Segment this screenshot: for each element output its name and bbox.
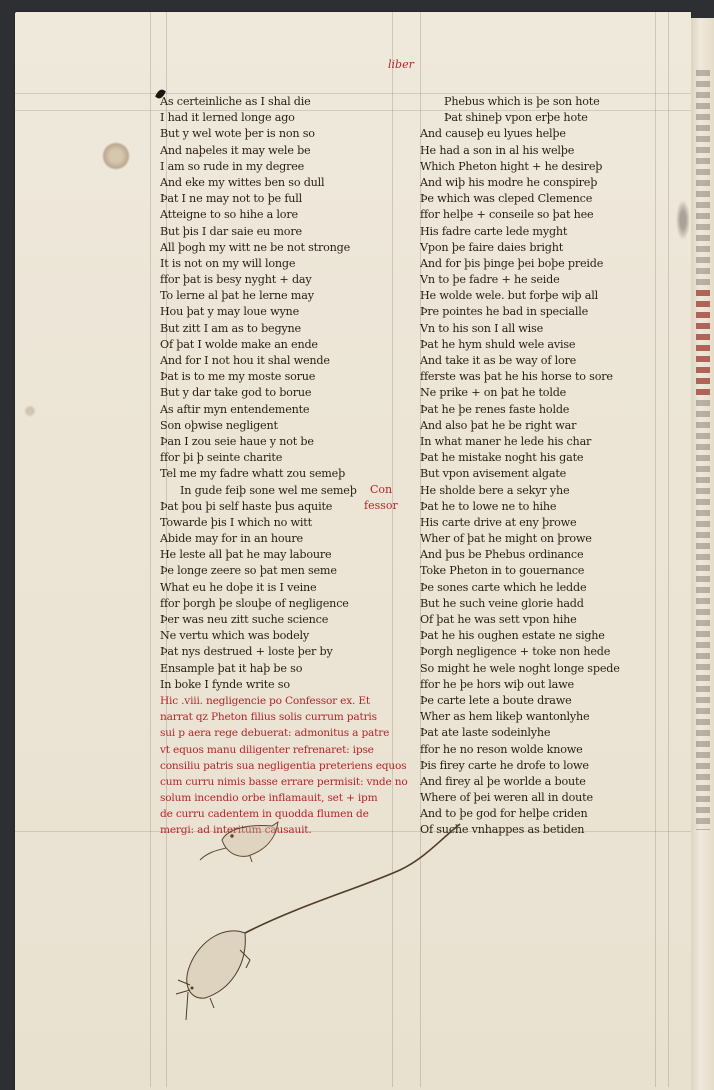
marginal-drawings	[0, 0, 714, 1090]
creature-with-tail-drawing-icon	[176, 824, 460, 1020]
fish-head-drawing-icon	[200, 822, 278, 862]
